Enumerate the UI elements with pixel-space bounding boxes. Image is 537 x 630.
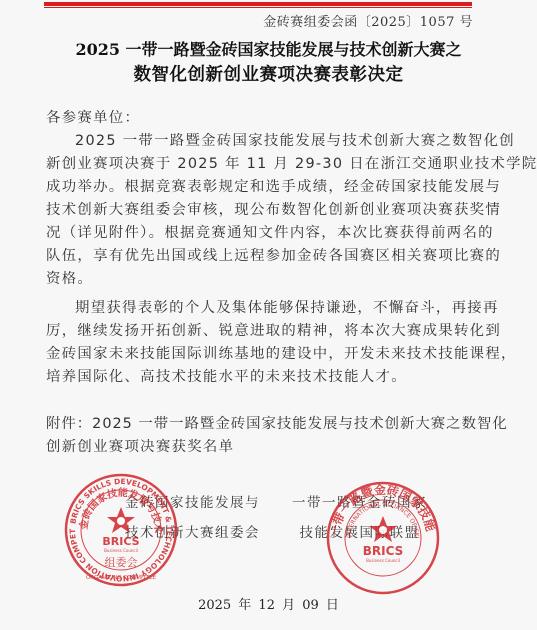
svg-text:Business Council: Business Council [104, 548, 138, 553]
paragraph-1-line: 技术创新大赛组委会审核，现公布数智化创新创业赛项决赛获奖情 [46, 199, 476, 222]
document-title-line-1: 2025 一带一路暨金砖国家技能发展与技术创新大赛之 [0, 37, 537, 60]
signatory-2-line: 技能发展国际联盟 [292, 518, 427, 548]
signatory-1-line: 金砖国家技能发展与 [125, 488, 260, 518]
signatory-2: 一带一路暨金砖国家 技能发展国际联盟 [292, 488, 427, 548]
paragraph-1-line: 2025 一带一路暨金砖国家技能发展与技术创新大赛之数智化创 [46, 130, 476, 153]
svg-text:组委会: 组委会 [105, 555, 138, 569]
svg-text:ORGANIZING COMMITTEE: ORGANIZING COMMITTEE [86, 575, 157, 581]
paragraph-1-line: 队伍，享有优先出国或线上远程参加金砖各国赛区相关赛项比赛的 [46, 245, 476, 268]
salutation: 各参赛单位： [46, 107, 476, 130]
document-title-line-2: 数智化创新创业赛项决赛表彰决定 [0, 61, 537, 86]
paragraph-1-line: 成功举办。根据竞赛表彰规定和选手成绩，经金砖国家技能发展与 [46, 176, 476, 199]
paragraph-1-line: 新创业赛项决赛于 2025 年 11 月 29-30 日在浙江交通职业技术学院 [46, 153, 476, 176]
paragraph-1-line: 况（详见附件）。根据竞赛通知文件内容，本次比赛获得前两名的 [46, 222, 476, 245]
paragraph-2-line: 金砖国家未来技能国际训练基地的建设中，开发未来技术技能课程， [46, 343, 476, 366]
paragraph-2-line: 期望获得表彰的个人及集体能够保持谦逊，不懈奋斗，再接再 [46, 297, 476, 320]
svg-text:Business Council: Business Council [366, 558, 400, 563]
attachment-line: 创新创业赛项决赛获奖名单 [46, 436, 476, 459]
paragraph-2-line: 厉，继续发扬开拓创新、锐意进取的精神，将本次大赛成果转化到 [46, 320, 476, 343]
document-number: 金砖赛组委会函〔2025〕1057 号 [263, 11, 473, 30]
attachment-line: 附件：2025 一带一路暨金砖国家技能发展与技术创新大赛之数智化 [46, 413, 476, 436]
header-red-rule [44, 2, 472, 6]
signatory-1: 金砖国家技能发展与 技术创新大赛组委会 [125, 488, 260, 548]
header-red-rule-thin [44, 7, 472, 8]
signatory-2-line: 一带一路暨金砖国家 [292, 488, 427, 518]
signatory-1-line: 技术创新大赛组委会 [125, 518, 260, 548]
paragraph-2-line: 培养国际化、高技术技能水平的未来技术技能人才。 [46, 366, 476, 389]
paragraph-1-line: 资格。 [46, 268, 476, 291]
document-date: 2025 年 12 月 09 日 [0, 594, 537, 613]
